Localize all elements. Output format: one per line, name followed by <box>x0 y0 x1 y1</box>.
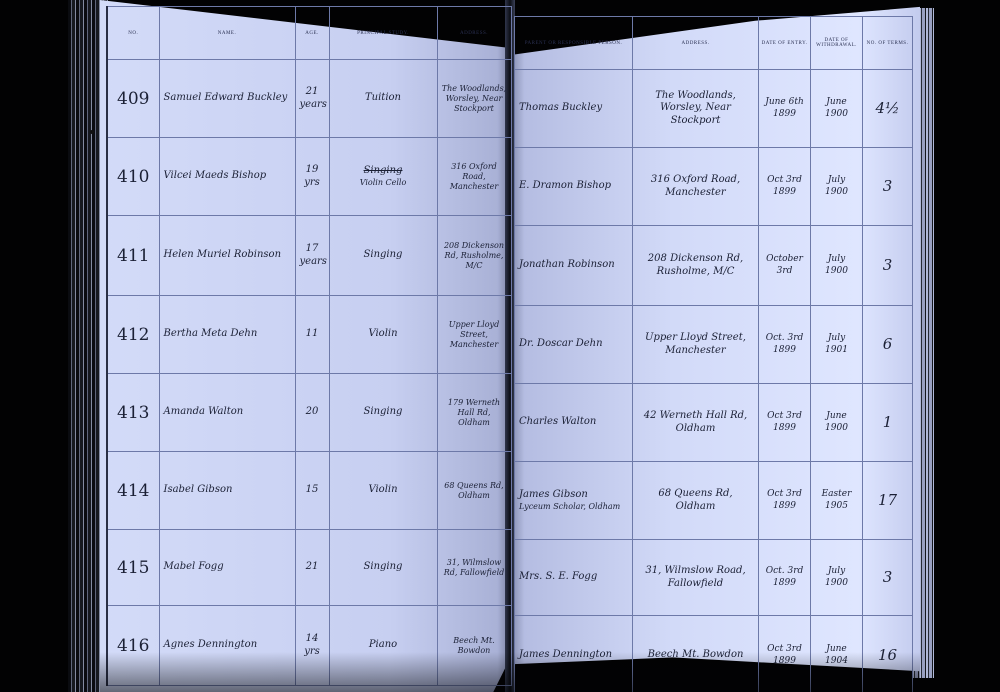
student-age: 15 <box>295 452 329 530</box>
entry-number: 409 <box>107 60 159 138</box>
header-address: Address. <box>437 7 511 60</box>
entry-number: 415 <box>107 530 159 606</box>
parent-address: The Woodlands, Worsley, Near Stockport <box>633 70 759 148</box>
register-row: 410Vilcei Maeds Bishop19 yrsSingingVioli… <box>107 138 511 216</box>
number-of-terms: 4½ <box>863 70 913 148</box>
student-age: 21 years <box>295 60 329 138</box>
header-principal-study: Principal Study. <box>329 7 437 60</box>
study-note: Violin Cello <box>334 178 433 188</box>
study-value: Tuition <box>365 92 401 103</box>
register-row: Dr. Doscar DehnUpper Lloyd Street, Manch… <box>515 306 913 384</box>
register-row: Thomas BuckleyThe Woodlands, Worsley, Ne… <box>515 70 913 148</box>
register-row: James GibsonLyceum Scholar, Oldham68 Que… <box>515 462 913 540</box>
student-address: Beech Mt. Bowdon <box>437 606 511 686</box>
register-row: 412Bertha Meta Dehn11ViolinUpper Lloyd S… <box>107 296 511 374</box>
student-address: 316 Oxford Road, Manchester <box>437 138 511 216</box>
parent-value: Charles Walton <box>519 416 596 427</box>
study-value: Violin <box>368 484 397 495</box>
student-age: 14 yrs <box>295 606 329 686</box>
header-parent-address: Address. <box>633 17 759 70</box>
date-of-entry: Oct. 3rd 1899 <box>759 306 811 384</box>
register-row: 416Agnes Dennington14 yrsPianoBeech Mt. … <box>107 606 511 686</box>
register-row: 411Helen Muriel Robinson17 yearsSinging2… <box>107 216 511 296</box>
student-name: Isabel Gibson <box>159 452 295 530</box>
register-row: Charles Walton42 Werneth Hall Rd, Oldham… <box>515 384 913 462</box>
entry-number: 412 <box>107 296 159 374</box>
number-of-terms: 6 <box>863 306 913 384</box>
date-of-withdrawal: July 1900 <box>811 226 863 306</box>
register-row: 409Samuel Edward Buckley21 yearsTuitionT… <box>107 60 511 138</box>
principal-study: Tuition <box>329 60 437 138</box>
student-age: 21 <box>295 530 329 606</box>
student-name: Helen Muriel Robinson <box>159 216 295 296</box>
entry-number: 413 <box>107 374 159 452</box>
student-address: 68 Queens Rd, Oldham <box>437 452 511 530</box>
register-row: James DenningtonBeech Mt. BowdonOct 3rd … <box>515 616 913 692</box>
date-of-withdrawal: Easter 1905 <box>811 462 863 540</box>
student-address: 179 Werneth Hall Rd, Oldham <box>437 374 511 452</box>
student-address: The Woodlands, Worsley, Near Stockport <box>437 60 511 138</box>
entry-number: 416 <box>107 606 159 686</box>
number-of-terms: 3 <box>863 226 913 306</box>
study-value: Singing <box>364 406 403 417</box>
right-register-table: Parent or Responsible Person. Address. D… <box>514 16 913 692</box>
date-of-entry: June 6th 1899 <box>759 70 811 148</box>
student-name: Mabel Fogg <box>159 530 295 606</box>
entry-number: 414 <box>107 452 159 530</box>
left-header-row: No. Name. Age. Principal Study. Address. <box>107 7 511 60</box>
date-of-withdrawal: June 1900 <box>811 384 863 462</box>
principal-study: Violin <box>329 296 437 374</box>
register-row: 413Amanda Walton20Singing179 Werneth Hal… <box>107 374 511 452</box>
register-row: 414Isabel Gibson15Violin68 Queens Rd, Ol… <box>107 452 511 530</box>
number-of-terms: 3 <box>863 148 913 226</box>
parent-value: Thomas Buckley <box>519 102 602 113</box>
number-of-terms: 1 <box>863 384 913 462</box>
parent-address: 31, Wilmslow Road, Fallowfield <box>633 540 759 616</box>
parent-note: Lyceum Scholar, Oldham <box>519 502 628 512</box>
parent-name: Thomas Buckley <box>515 70 633 148</box>
parent-name: Jonathan Robinson <box>515 226 633 306</box>
date-of-entry: Oct 3rd 1899 <box>759 148 811 226</box>
student-name: Vilcei Maeds Bishop <box>159 138 295 216</box>
study-value: Piano <box>369 639 397 650</box>
ledger-photo: No. Name. Age. Principal Study. Address.… <box>0 0 1000 692</box>
student-age: 20 <box>295 374 329 452</box>
parent-value: James Gibson <box>519 489 588 500</box>
student-age: 11 <box>295 296 329 374</box>
principal-study: Violin <box>329 452 437 530</box>
parent-address: Upper Lloyd Street, Manchester <box>633 306 759 384</box>
margin-mark <box>90 130 94 134</box>
left-register-table: No. Name. Age. Principal Study. Address.… <box>106 6 512 686</box>
study-value: Singing <box>364 561 403 572</box>
parent-address: 208 Dickenson Rd, Rusholme, M/C <box>633 226 759 306</box>
parent-address: 316 Oxford Road, Manchester <box>633 148 759 226</box>
principal-study: Piano <box>329 606 437 686</box>
parent-name: Mrs. S. E. Fogg <box>515 540 633 616</box>
study-value: Singing <box>364 249 403 260</box>
parent-value: Mrs. S. E. Fogg <box>519 571 597 582</box>
date-of-withdrawal: July 1901 <box>811 306 863 384</box>
header-parent: Parent or Responsible Person. <box>515 17 633 70</box>
parent-value: E. Dramon Bishop <box>519 180 611 191</box>
number-of-terms: 16 <box>863 616 913 692</box>
student-age: 17 years <box>295 216 329 296</box>
parent-address: Beech Mt. Bowdon <box>633 616 759 692</box>
header-no: No. <box>107 7 159 60</box>
number-of-terms: 3 <box>863 540 913 616</box>
parent-address: 68 Queens Rd, Oldham <box>633 462 759 540</box>
entry-number: 410 <box>107 138 159 216</box>
number-of-terms: 17 <box>863 462 913 540</box>
register-row: 415Mabel Fogg21Singing31, Wilmslow Rd, F… <box>107 530 511 606</box>
parent-name: Charles Walton <box>515 384 633 462</box>
parent-value: Jonathan Robinson <box>519 259 615 270</box>
header-age: Age. <box>295 7 329 60</box>
study-value: Violin <box>368 328 397 339</box>
date-of-entry: Oct 3rd 1899 <box>759 616 811 692</box>
student-address: 208 Dickenson Rd, Rusholme, M/C <box>437 216 511 296</box>
student-name: Samuel Edward Buckley <box>159 60 295 138</box>
parent-name: E. Dramon Bishop <box>515 148 633 226</box>
student-address: Upper Lloyd Street, Manchester <box>437 296 511 374</box>
student-name: Amanda Walton <box>159 374 295 452</box>
register-row: E. Dramon Bishop316 Oxford Road, Manches… <box>515 148 913 226</box>
header-name: Name. <box>159 7 295 60</box>
parent-value: James Dennington <box>519 649 612 660</box>
header-date-of-withdrawal: Date of Withdrawal. <box>811 17 863 70</box>
principal-study: Singing <box>329 530 437 606</box>
date-of-withdrawal: June 1900 <box>811 70 863 148</box>
parent-value: Dr. Doscar Dehn <box>519 338 603 349</box>
parent-name: James Dennington <box>515 616 633 692</box>
register-row: Mrs. S. E. Fogg31, Wilmslow Road, Fallow… <box>515 540 913 616</box>
date-of-withdrawal: June 1904 <box>811 616 863 692</box>
header-no-of-terms: No. of Terms. <box>863 17 913 70</box>
principal-study: Singing <box>329 374 437 452</box>
parent-address: 42 Werneth Hall Rd, Oldham <box>633 384 759 462</box>
date-of-entry: Oct 3rd 1899 <box>759 462 811 540</box>
date-of-withdrawal: July 1900 <box>811 148 863 226</box>
date-of-withdrawal: July 1900 <box>811 540 863 616</box>
student-age: 19 yrs <box>295 138 329 216</box>
entry-number: 411 <box>107 216 159 296</box>
principal-study: Singing <box>329 216 437 296</box>
date-of-entry: October 3rd <box>759 226 811 306</box>
principal-study: SingingViolin Cello <box>329 138 437 216</box>
parent-name: James GibsonLyceum Scholar, Oldham <box>515 462 633 540</box>
header-date-of-entry: Date of Entry. <box>759 17 811 70</box>
register-row: Jonathan Robinson208 Dickenson Rd, Rusho… <box>515 226 913 306</box>
right-header-row: Parent or Responsible Person. Address. D… <box>515 17 913 70</box>
student-address: 31, Wilmslow Rd, Fallowfield <box>437 530 511 606</box>
date-of-entry: Oct 3rd 1899 <box>759 384 811 462</box>
study-value: Singing <box>364 165 403 176</box>
date-of-entry: Oct. 3rd 1899 <box>759 540 811 616</box>
student-name: Bertha Meta Dehn <box>159 296 295 374</box>
student-name: Agnes Dennington <box>159 606 295 686</box>
parent-name: Dr. Doscar Dehn <box>515 306 633 384</box>
